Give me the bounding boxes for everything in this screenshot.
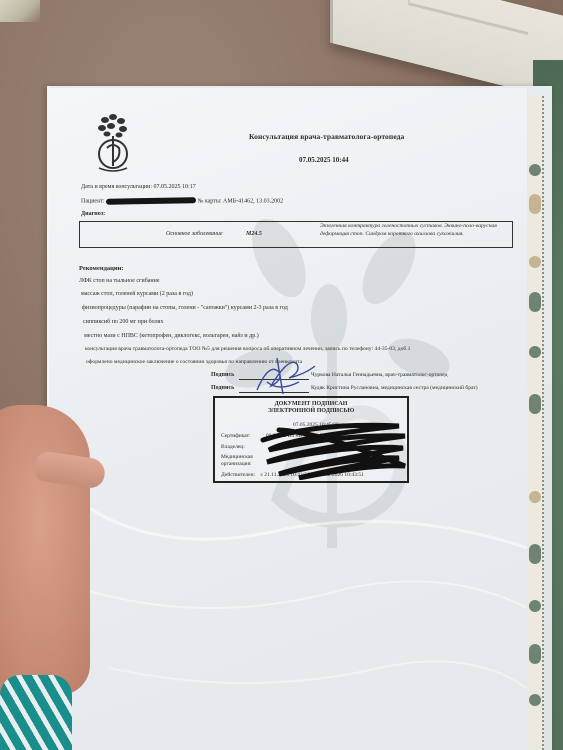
stamp-row-label: Сертификат: [221, 433, 251, 439]
stamp-title: ДОКУМЕНТ ПОДПИСАН ЭЛЕКТРОННОЙ ПОДПИСЬЮ [215, 401, 407, 415]
consultation-datetime: Дата и время консультации: 07.05.2025 10… [81, 184, 196, 190]
recommendation-item: массаж стоп, голеней курсами (2 раза в г… [81, 291, 193, 297]
punch-hole [529, 600, 541, 612]
signer-nurse: Кудяк Кристина Руслановна, медицинская с… [311, 385, 478, 391]
redacted-patient-name [106, 197, 196, 205]
recommendations-title: Рекомендации: [79, 265, 124, 272]
consultation-label: Дата и время консультации: [81, 184, 152, 190]
hand [0, 405, 90, 695]
stamp-row-label: Действителен: [221, 472, 255, 478]
electronic-signature-stamp: ДОКУМЕНТ ПОДПИСАН ЭЛЕКТРОННОЙ ПОДПИСЬЮ 0… [213, 396, 409, 483]
signer-doctor: Чуркова Наталья Геннадьевна, врач-травма… [311, 372, 448, 378]
consultation-value: 07.05.2025 10:17 [154, 184, 196, 190]
cabinet-panel [408, 0, 528, 35]
punch-hole [529, 164, 541, 176]
stamp-organization: организация: [221, 461, 252, 467]
recommendation-item: ЛФК стоп на тыльное сгибание [79, 278, 160, 284]
punch-hole [529, 694, 541, 706]
punch-hole [529, 644, 541, 664]
card-value: АМБ-41462, 13.03.2002 [223, 198, 283, 204]
diagnosis-description: Экзогенная контрактура голеностопных сус… [320, 223, 510, 238]
clinic-logo-icon [93, 112, 133, 174]
patient-label: Пациент: [81, 198, 105, 204]
document-title: Консультация врача-травматолога-ортопеда [249, 132, 404, 141]
recommendation-item: консультация врача травматолога-ортопеда… [85, 346, 410, 352]
recommendation-item: физиопроцедуры (парафин на стопы, голени… [82, 305, 288, 311]
diagnosis-type: Основное заболевание [166, 231, 222, 237]
signature-label: Подпись [211, 385, 234, 391]
signature-label: Подпись [211, 372, 234, 378]
stamp-owner: Владелец: [221, 444, 245, 450]
handwritten-signature-icon [249, 352, 319, 398]
floor-tile [0, 0, 40, 22]
punch-hole [529, 394, 541, 414]
stamp-organization: Медицинская [221, 454, 253, 460]
card-label: № карты: [198, 198, 222, 204]
punch-hole [529, 346, 541, 358]
medical-document: Консультация врача-травматолога-ортопеда… [49, 88, 527, 750]
diagnosis-code: M24.5 [246, 231, 262, 237]
punch-hole [529, 544, 541, 564]
punch-hole [529, 194, 541, 214]
recommendation-item: сиппиксиб по 200 мг при болях [83, 319, 163, 325]
stamp-title-line: ДОКУМЕНТ ПОДПИСАН [215, 401, 407, 408]
diagnosis-table: Основное заболевание M24.5 Экзогенная ко… [79, 221, 513, 248]
redaction-scribble-icon [259, 420, 409, 480]
stamp-title-line: ЭЛЕКТРОННОЙ ПОДПИСЬЮ [215, 408, 407, 415]
punch-hole [529, 256, 541, 268]
patient-row: Пациент: № карты: АМБ-41462, 13.03.2002 [81, 198, 283, 204]
document-date: 07.05.2025 10:44 [299, 156, 349, 164]
diagnosis-label: Диагноз: [81, 211, 105, 217]
recommendation-item: местно мази с НПВС (кетопрофен, диклогек… [84, 333, 259, 339]
punch-hole [529, 491, 541, 503]
punch-hole [529, 292, 541, 312]
sneaker [0, 675, 72, 750]
